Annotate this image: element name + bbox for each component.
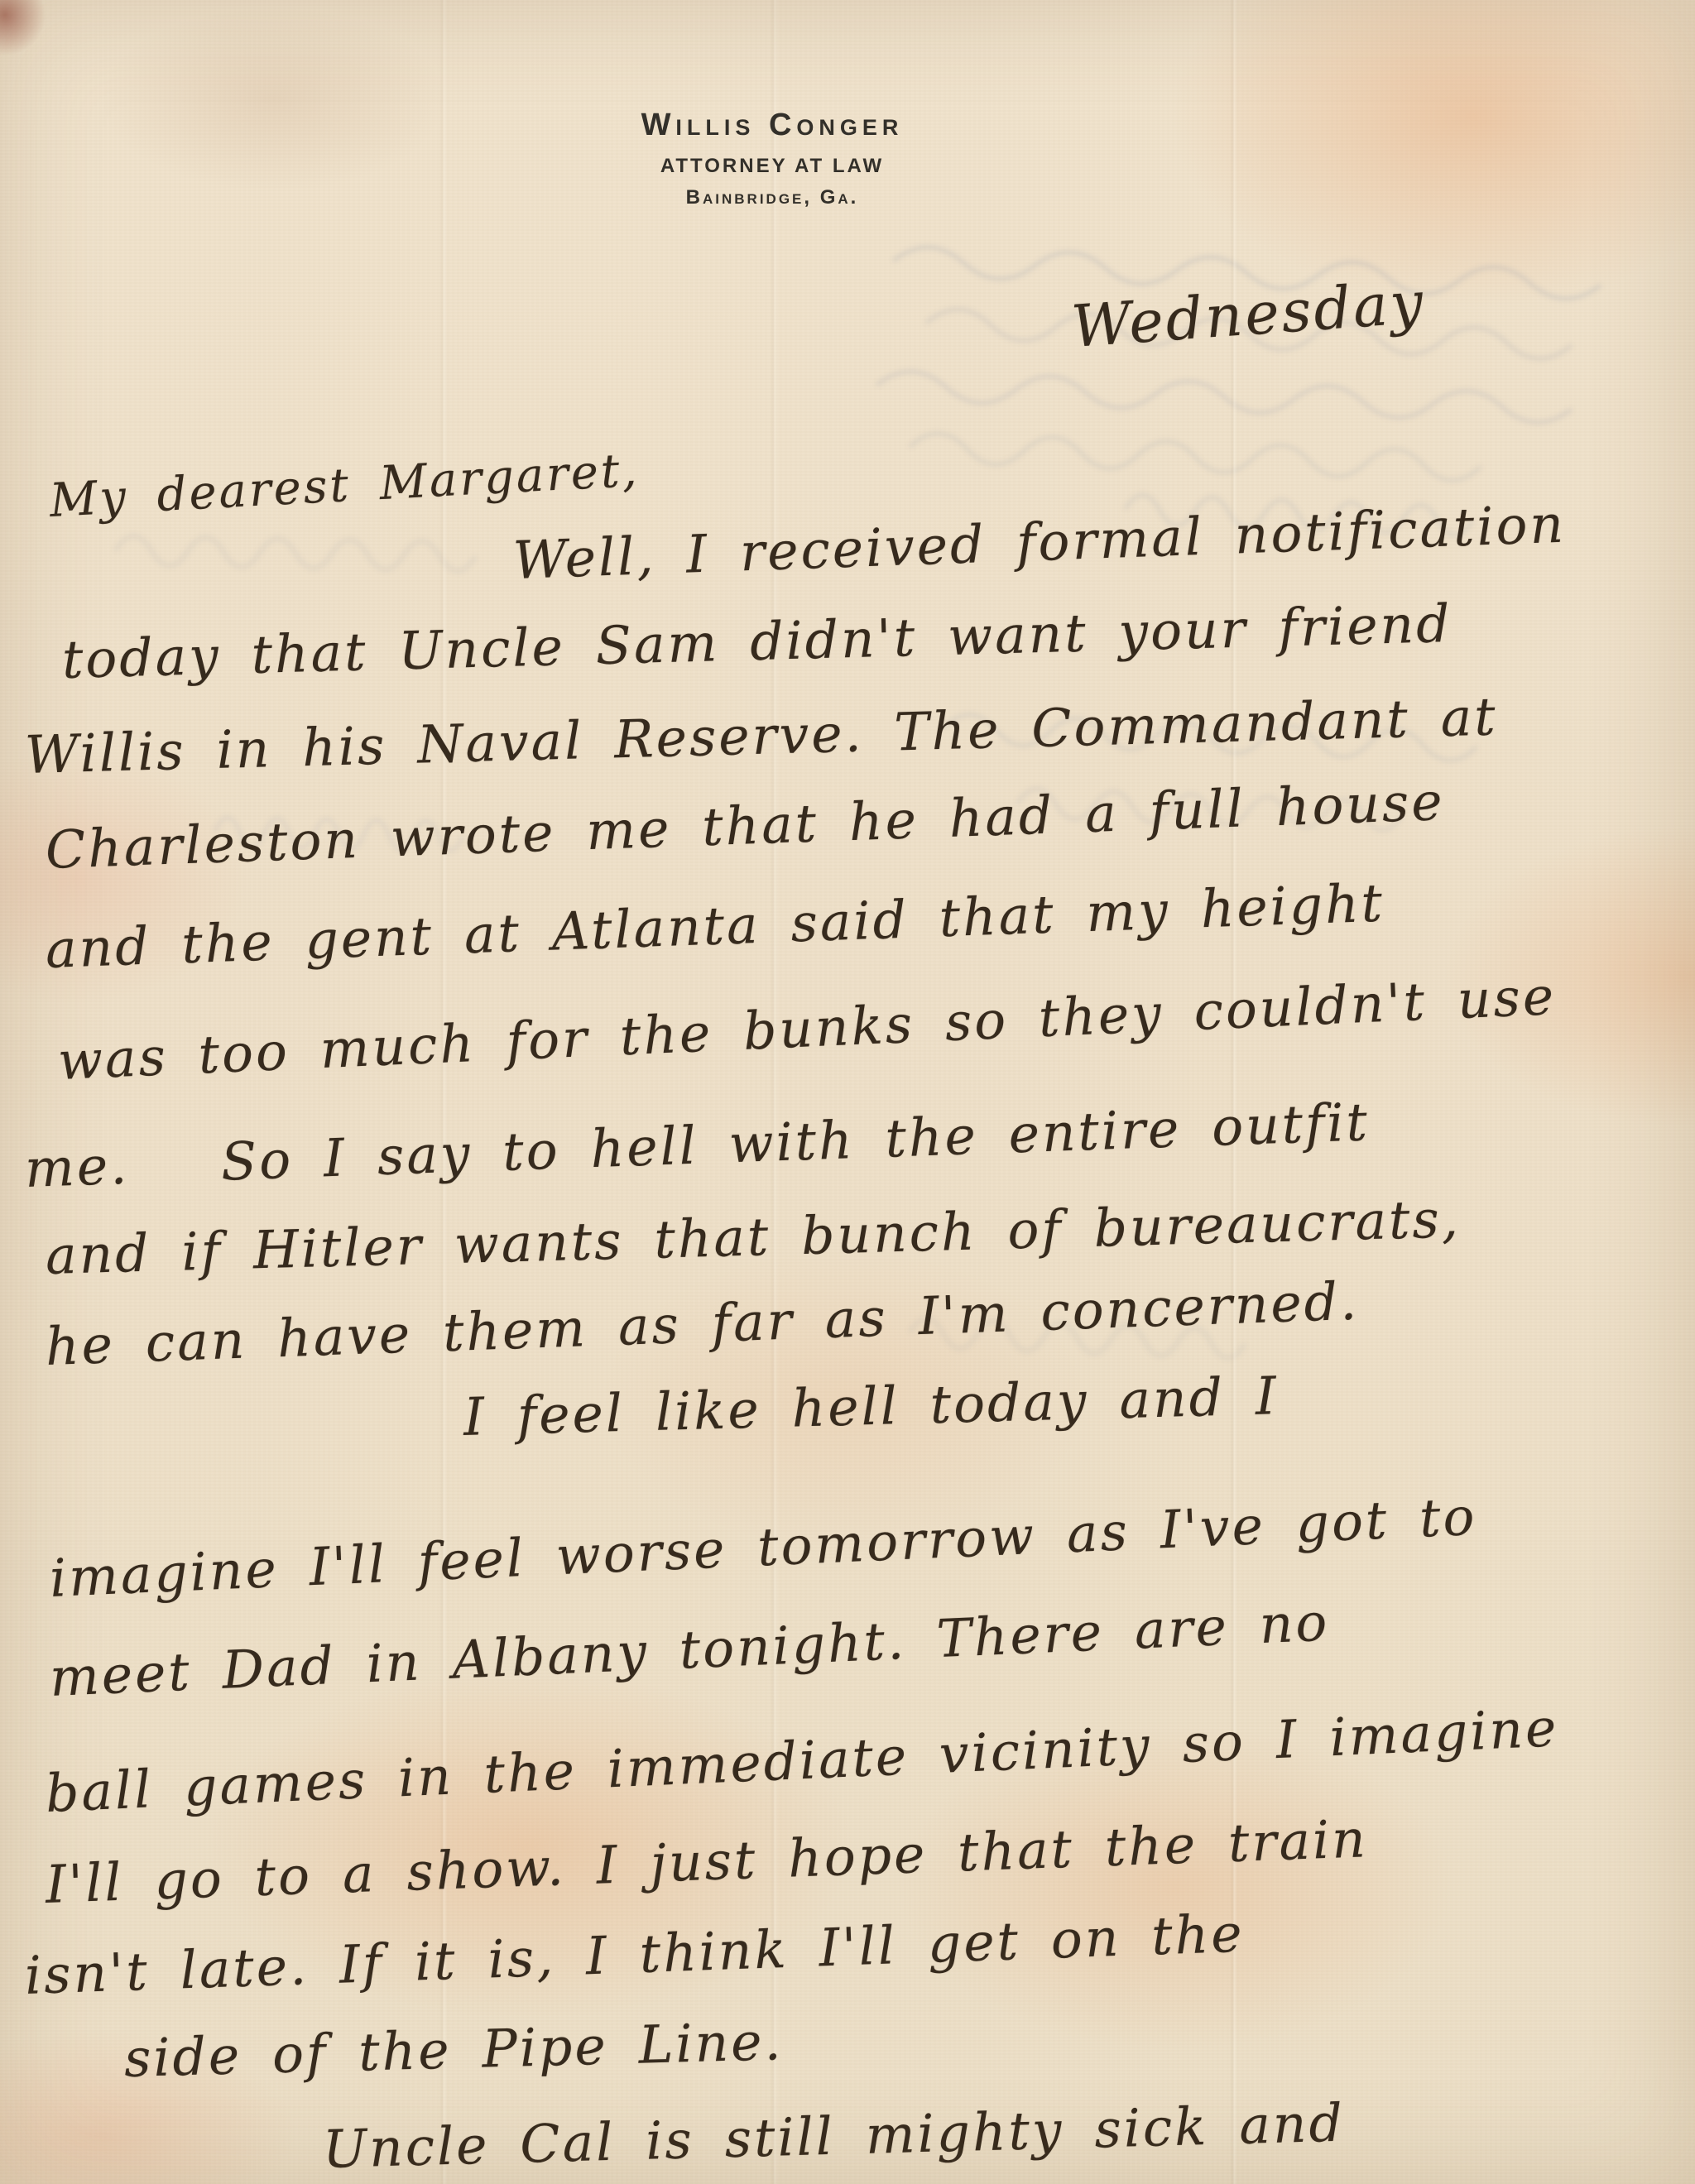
scanned-letter-page: { "document_type": "handwritten letter o… (0, 0, 1695, 2184)
scan-edge-vignette (0, 0, 1695, 2184)
